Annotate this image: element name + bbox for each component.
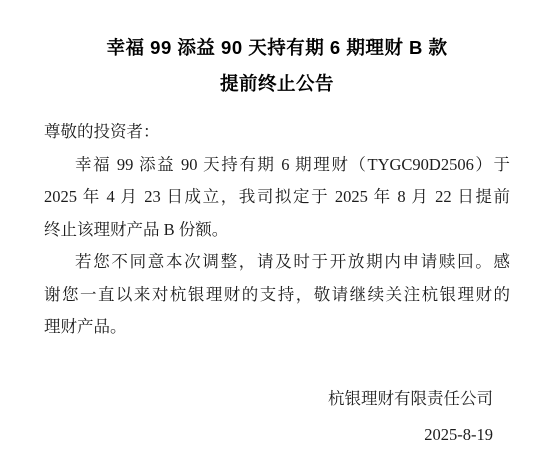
signature-company: 杭银理财有限责任公司 — [44, 382, 493, 415]
document-body: 尊敬的投资者： 幸福 99 添益 90 天持有期 6 期理财（TYGC90D25… — [44, 116, 510, 344]
title-line-1: 幸福 99 添益 90 天持有期 6 期理财 B 款 — [44, 30, 510, 66]
body-line: 2025 年 4 月 23 日成立，我司拟定于 2025 年 8 月 22 日提… — [44, 181, 510, 214]
signature-date: 2025-8-19 — [44, 418, 493, 451]
document-title: 幸福 99 添益 90 天持有期 6 期理财 B 款 提前终止公告 — [44, 30, 510, 102]
announcement-page: 幸福 99 添益 90 天持有期 6 期理财 B 款 提前终止公告 尊敬的投资者… — [0, 0, 554, 476]
closing-block: 杭银理财有限责任公司 2025-8-19 — [44, 382, 510, 451]
body-line: 终止该理财产品 B 份额。 — [44, 214, 510, 247]
paragraph-1: 幸福 99 添益 90 天持有期 6 期理财（TYGC90D2506）于 202… — [44, 149, 510, 247]
paragraph-2: 若您不同意本次调整，请及时于开放期内申请赎回。感 谢您一直以来对杭银理财的支持，… — [44, 246, 510, 344]
body-line: 理财产品。 — [44, 311, 510, 344]
title-line-2: 提前终止公告 — [44, 66, 510, 102]
body-line: 谢您一直以来对杭银理财的支持，敬请继续关注杭银理财的 — [44, 279, 510, 312]
salutation: 尊敬的投资者： — [44, 116, 510, 149]
body-line: 若您不同意本次调整，请及时于开放期内申请赎回。感 — [44, 246, 510, 279]
body-line: 幸福 99 添益 90 天持有期 6 期理财（TYGC90D2506）于 — [44, 149, 510, 182]
